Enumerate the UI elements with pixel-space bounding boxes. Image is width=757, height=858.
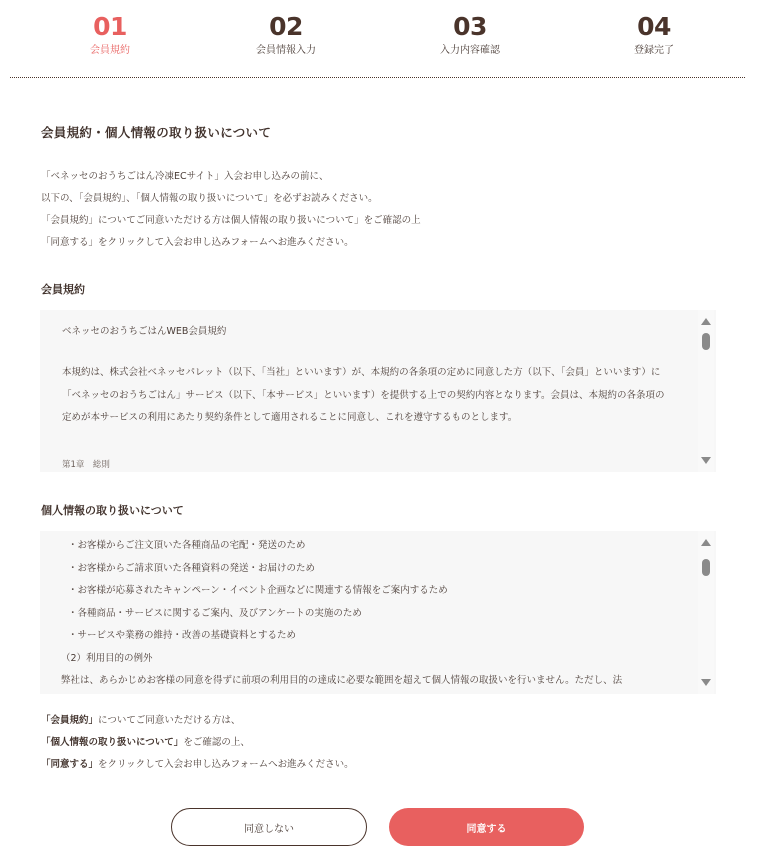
intro-line: 以下の、「会員規約」、「個人情報の取り扱いについて」を必ずお読みください。: [41, 188, 421, 210]
outro-rest: をクリックして入会お申し込みフォームへお進みください。: [98, 759, 354, 770]
terms-line: 定めが本サービスの利用にあたり契約条件として適用されることに同意し、これを遵守す…: [62, 407, 692, 430]
step-label: 会員情報入力: [216, 44, 356, 58]
terms-scrollbox[interactable]: ベネッセのおうちごはんWEB会員規約 本規約は、株式会社ベネッセパレット（以下、…: [40, 310, 716, 472]
step-4-complete: 04 登録完了: [584, 12, 724, 58]
intro-text: 「ベネッセのおうちごはん冷凍ECサイト」入会お申し込みの前に、 以下の、「会員規…: [41, 166, 421, 254]
terms-paragraph: 本規約は、株式会社ベネッセパレット（以下、「当社」といいます）が、本規約の各条項…: [62, 362, 692, 430]
outro-line: 「個人情報の取り扱いについて」をご確認の上、: [41, 732, 354, 754]
agree-button[interactable]: 同意する: [389, 808, 584, 846]
outro-rest: をご確認の上、: [183, 737, 250, 748]
terms-section-title: 会員規約: [41, 281, 85, 297]
step-2-member-info: 02 会員情報入力: [216, 12, 356, 58]
step-label: 入力内容確認: [400, 44, 540, 58]
scroll-down-arrow-icon[interactable]: [701, 457, 711, 464]
privacy-cut-line: 令に基づく場合など、お客様の同意を得ずに個人情報を取り扱う場合があります。: [61, 693, 698, 695]
outro-bold: 「同意する」: [41, 759, 98, 770]
list-item: ・お客様からご注文頂いた各種商品の宅配・発送のため: [68, 535, 698, 558]
outro-text: 「会員規約」についてご同意いただける方は、 「個人情報の取り扱いについて」をご確…: [41, 710, 354, 776]
terms-line: 「ベネッセのおうちごはん」サービス（以下、「本サービス」といいます）を提供する上…: [62, 385, 692, 408]
disagree-button[interactable]: 同意しない: [171, 808, 367, 846]
terms-line: 本規約は、株式会社ベネッセパレット（以下、「当社」といいます）が、本規約の各条項…: [62, 362, 692, 385]
step-number: 02: [216, 12, 356, 42]
intro-line: 「会員規約」についてご同意いただける方は個人情報の取り扱いについて」をご確認の上: [41, 210, 421, 232]
scroll-down-arrow-icon[interactable]: [701, 679, 711, 686]
terms-content: ベネッセのおうちごはんWEB会員規約 本規約は、株式会社ベネッセパレット（以下、…: [62, 324, 692, 472]
scrollbar-thumb[interactable]: [702, 559, 710, 576]
step-label: 登録完了: [584, 44, 724, 58]
page-title: 会員規約・個人情報の取り扱いについて: [41, 123, 271, 141]
privacy-section-title: 個人情報の取り扱いについて: [41, 502, 184, 518]
privacy-scrollbar[interactable]: [698, 531, 714, 694]
terms-heading: ベネッセのおうちごはんWEB会員規約: [62, 324, 692, 340]
outro-line: 「同意する」をクリックして入会お申し込みフォームへお進みください。: [41, 754, 354, 776]
list-item: ・各種商品・サービスに関するご案内、及びアンケートの実施のため: [68, 603, 698, 626]
progress-stepper: 01 会員規約 02 会員情報入力 03 入力内容確認 04 登録完了: [10, 12, 745, 62]
outro-bold: 「個人情報の取り扱いについて」: [41, 737, 183, 748]
terms-chapter: 第1章 総則: [62, 457, 692, 473]
intro-line: 「同意する」をクリックして入会お申し込みフォームへお進みください。: [41, 232, 421, 254]
step-number: 01: [40, 12, 180, 42]
privacy-subheading: （2）利用目的の例外: [61, 648, 698, 671]
scroll-up-arrow-icon[interactable]: [701, 539, 711, 546]
privacy-content: ・お客様からご注文頂いた各種商品の宅配・発送のため ・お客様からご請求頂いた各種…: [68, 535, 698, 694]
privacy-scrollbox[interactable]: ・お客様からご注文頂いた各種商品の宅配・発送のため ・お客様からご請求頂いた各種…: [40, 531, 716, 694]
step-label: 会員規約: [40, 44, 180, 58]
scrollbar-thumb[interactable]: [702, 333, 710, 350]
privacy-exception-text: 弊社は、あらかじめお客様の同意を得ずに前項の利用目的の達成に必要な範囲を超えて個…: [61, 670, 698, 693]
list-item: ・お客様からご請求頂いた各種資料の発送・お届けのため: [68, 558, 698, 581]
outro-rest: についてご同意いただける方は、: [98, 715, 240, 726]
step-1-terms: 01 会員規約: [40, 12, 180, 58]
intro-line: 「ベネッセのおうちごはん冷凍ECサイト」入会お申し込みの前に、: [41, 166, 421, 188]
step-number: 04: [584, 12, 724, 42]
outro-line: 「会員規約」についてご同意いただける方は、: [41, 710, 354, 732]
step-number: 03: [400, 12, 540, 42]
scroll-up-arrow-icon[interactable]: [701, 318, 711, 325]
list-item: ・お客様が応募されたキャンペーン・イベント企画などに関連する情報をご案内するため: [68, 580, 698, 603]
outro-bold: 「会員規約」: [41, 715, 98, 726]
step-3-confirm: 03 入力内容確認: [400, 12, 540, 58]
terms-scrollbar[interactable]: [698, 310, 714, 472]
list-item: ・サービスや業務の維持・改善の基礎資料とするため: [68, 625, 698, 648]
dotted-divider: [10, 77, 745, 78]
